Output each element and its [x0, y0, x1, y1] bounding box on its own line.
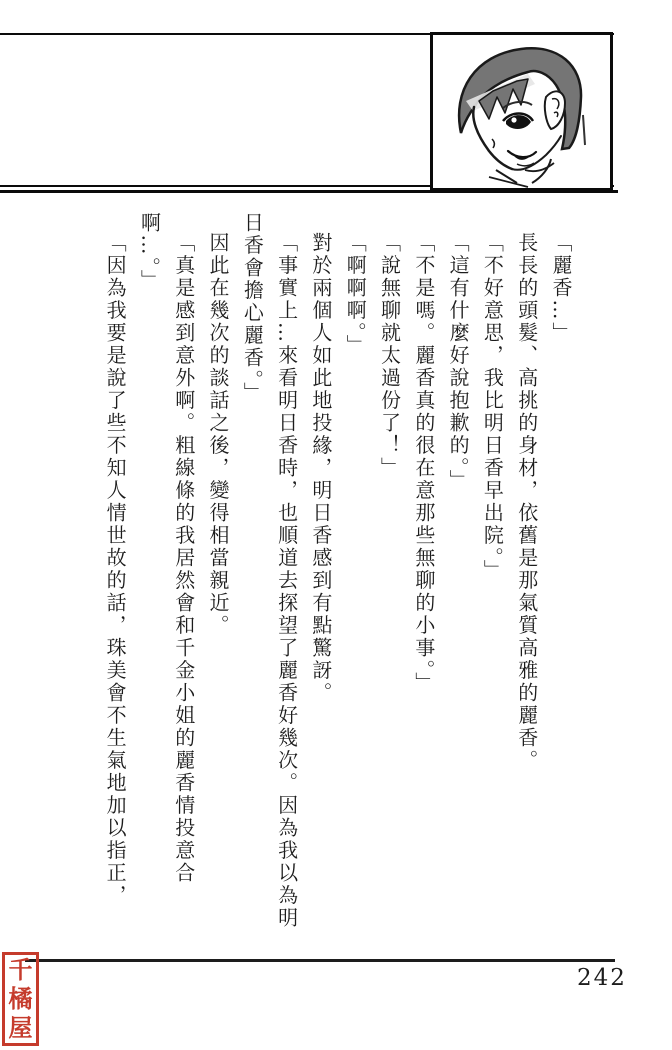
text-column-paragraph: 「不是嗎。麗香真的很在意那些無聊的小事。」: [407, 212, 441, 930]
text-column-paragraph: 「不好意思，我比明日香早出院。」: [475, 212, 509, 930]
text-column-paragraph: 「這有什麼好說抱歉的。」: [441, 212, 475, 930]
page-number: 242: [577, 965, 627, 991]
text-column-paragraph: 「麗香…」: [544, 212, 578, 930]
text-column-paragraph: 對於兩個人如此地投緣，明日香感到有點驚訝。: [304, 212, 338, 930]
text-column-paragraph: 「因為我要是說了些不知人情世故的話，珠美會不生氣地加以指正，: [98, 212, 132, 930]
footer-rule: [25, 959, 615, 962]
seal-character: 屋: [9, 1015, 33, 1041]
text-column-paragraph: 「啊啊啊。」: [338, 212, 372, 930]
portrait-panel: [430, 32, 613, 191]
text-column-paragraph: 「說無聊就太過份了！」: [372, 212, 406, 930]
seal-character: 千: [9, 957, 33, 983]
text-column-paragraph: 「事實上…來看明日香時，也順道去探望了麗香好幾次。因為我以為明日香會擔心麗香。」: [235, 212, 304, 930]
text-column-paragraph: 「真是感到意外啊。粗線條的我居然會和千金小姐的麗香情投意合啊…。」: [132, 212, 201, 930]
text-column-paragraph: 長長的頭髮、高挑的身材，依舊是那氣質高雅的麗香。: [509, 212, 543, 930]
scanned-novel-page: 「麗香…」長長的頭髮、高挑的身材，依舊是那氣質高雅的麗香。「不好意思，我比明日香…: [0, 0, 672, 1050]
publisher-seal: 千 橘 屋: [2, 952, 39, 1046]
text-column-paragraph: 因此在幾次的談話之後，變得相當親近。: [201, 212, 235, 930]
face-illustration-icon: [433, 35, 610, 188]
novel-text-block: 「麗香…」長長的頭髮、高挑的身材，依舊是那氣質高雅的麗香。「不好意思，我比明日香…: [98, 212, 578, 930]
seal-character: 橘: [9, 986, 33, 1012]
